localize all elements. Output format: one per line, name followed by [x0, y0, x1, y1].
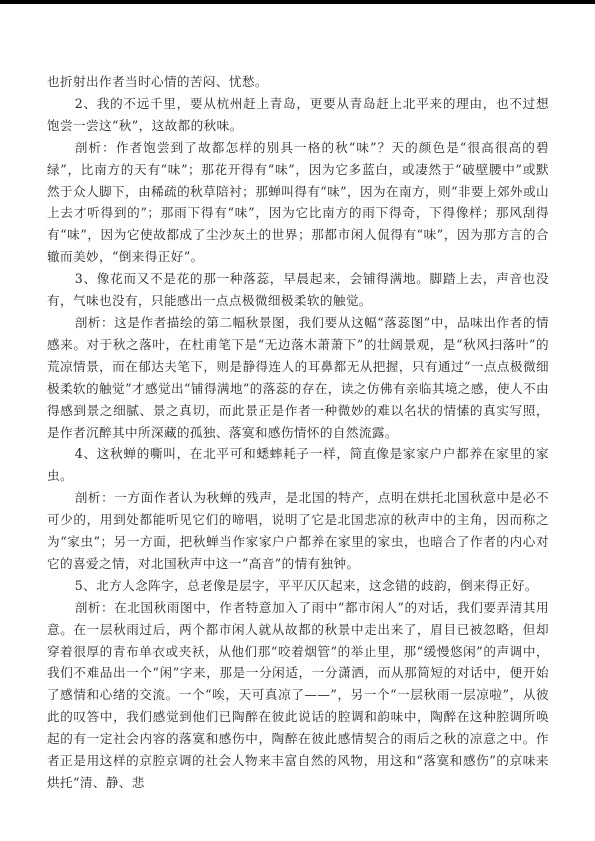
paragraph-analysis-3: 剖析：这是作者描绘的第二幅秋景图，我们要从这幅“落蕊图”中，品味出作者的情感来。…: [47, 312, 549, 443]
document-body: 也折射出作者当时心情的苦闷、忧愁。 2、我的不远千里，要从杭州赶上青岛，更要从青…: [47, 71, 549, 794]
document-page: 也折射出作者当时心情的苦闷、忧愁。 2、我的不远千里，要从杭州赶上青岛，更要从青…: [0, 0, 595, 841]
paragraph-analysis-4: 剖析：一方面作者认为秋蝉的残声，是北国的特产，点明在烘托北国秋意中是必不可少的，…: [47, 487, 549, 575]
paragraph-quote-3: 3、像花而又不是花的那一种落蕊，早晨起来，会铺得满地。脚踏上去，声音也没有，气味…: [47, 268, 549, 312]
paragraph-analysis-2: 剖析：作者饱尝到了故都怎样的别具一格的秋“味”？天的颜色是“很高很高的碧绿”，比…: [47, 137, 549, 268]
paragraph-quote-2: 2、我的不远千里，要从杭州赶上青岛，更要从青岛赶上北平来的理由，也不过想饱尝一尝…: [47, 93, 549, 137]
paragraph-analysis-5: 剖析：在北国秋雨图中，作者特意加入了雨中“都市闲人”的对话，我们要弄清其用意。在…: [47, 597, 549, 794]
paragraph-quote-4: 4、这秋蝉的嘶叫，在北平可和蟋蟀耗子一样，简直像是家家户户都养在家里的家虫。: [47, 443, 549, 487]
paragraph-continuation: 也折射出作者当时心情的苦闷、忧愁。: [47, 71, 549, 93]
paragraph-quote-5: 5、北方人念阵字，总老像是层字，平平仄仄起来，这念错的歧韵，倒来得正好。: [47, 575, 549, 597]
scan-edge-top: [0, 0, 595, 4]
